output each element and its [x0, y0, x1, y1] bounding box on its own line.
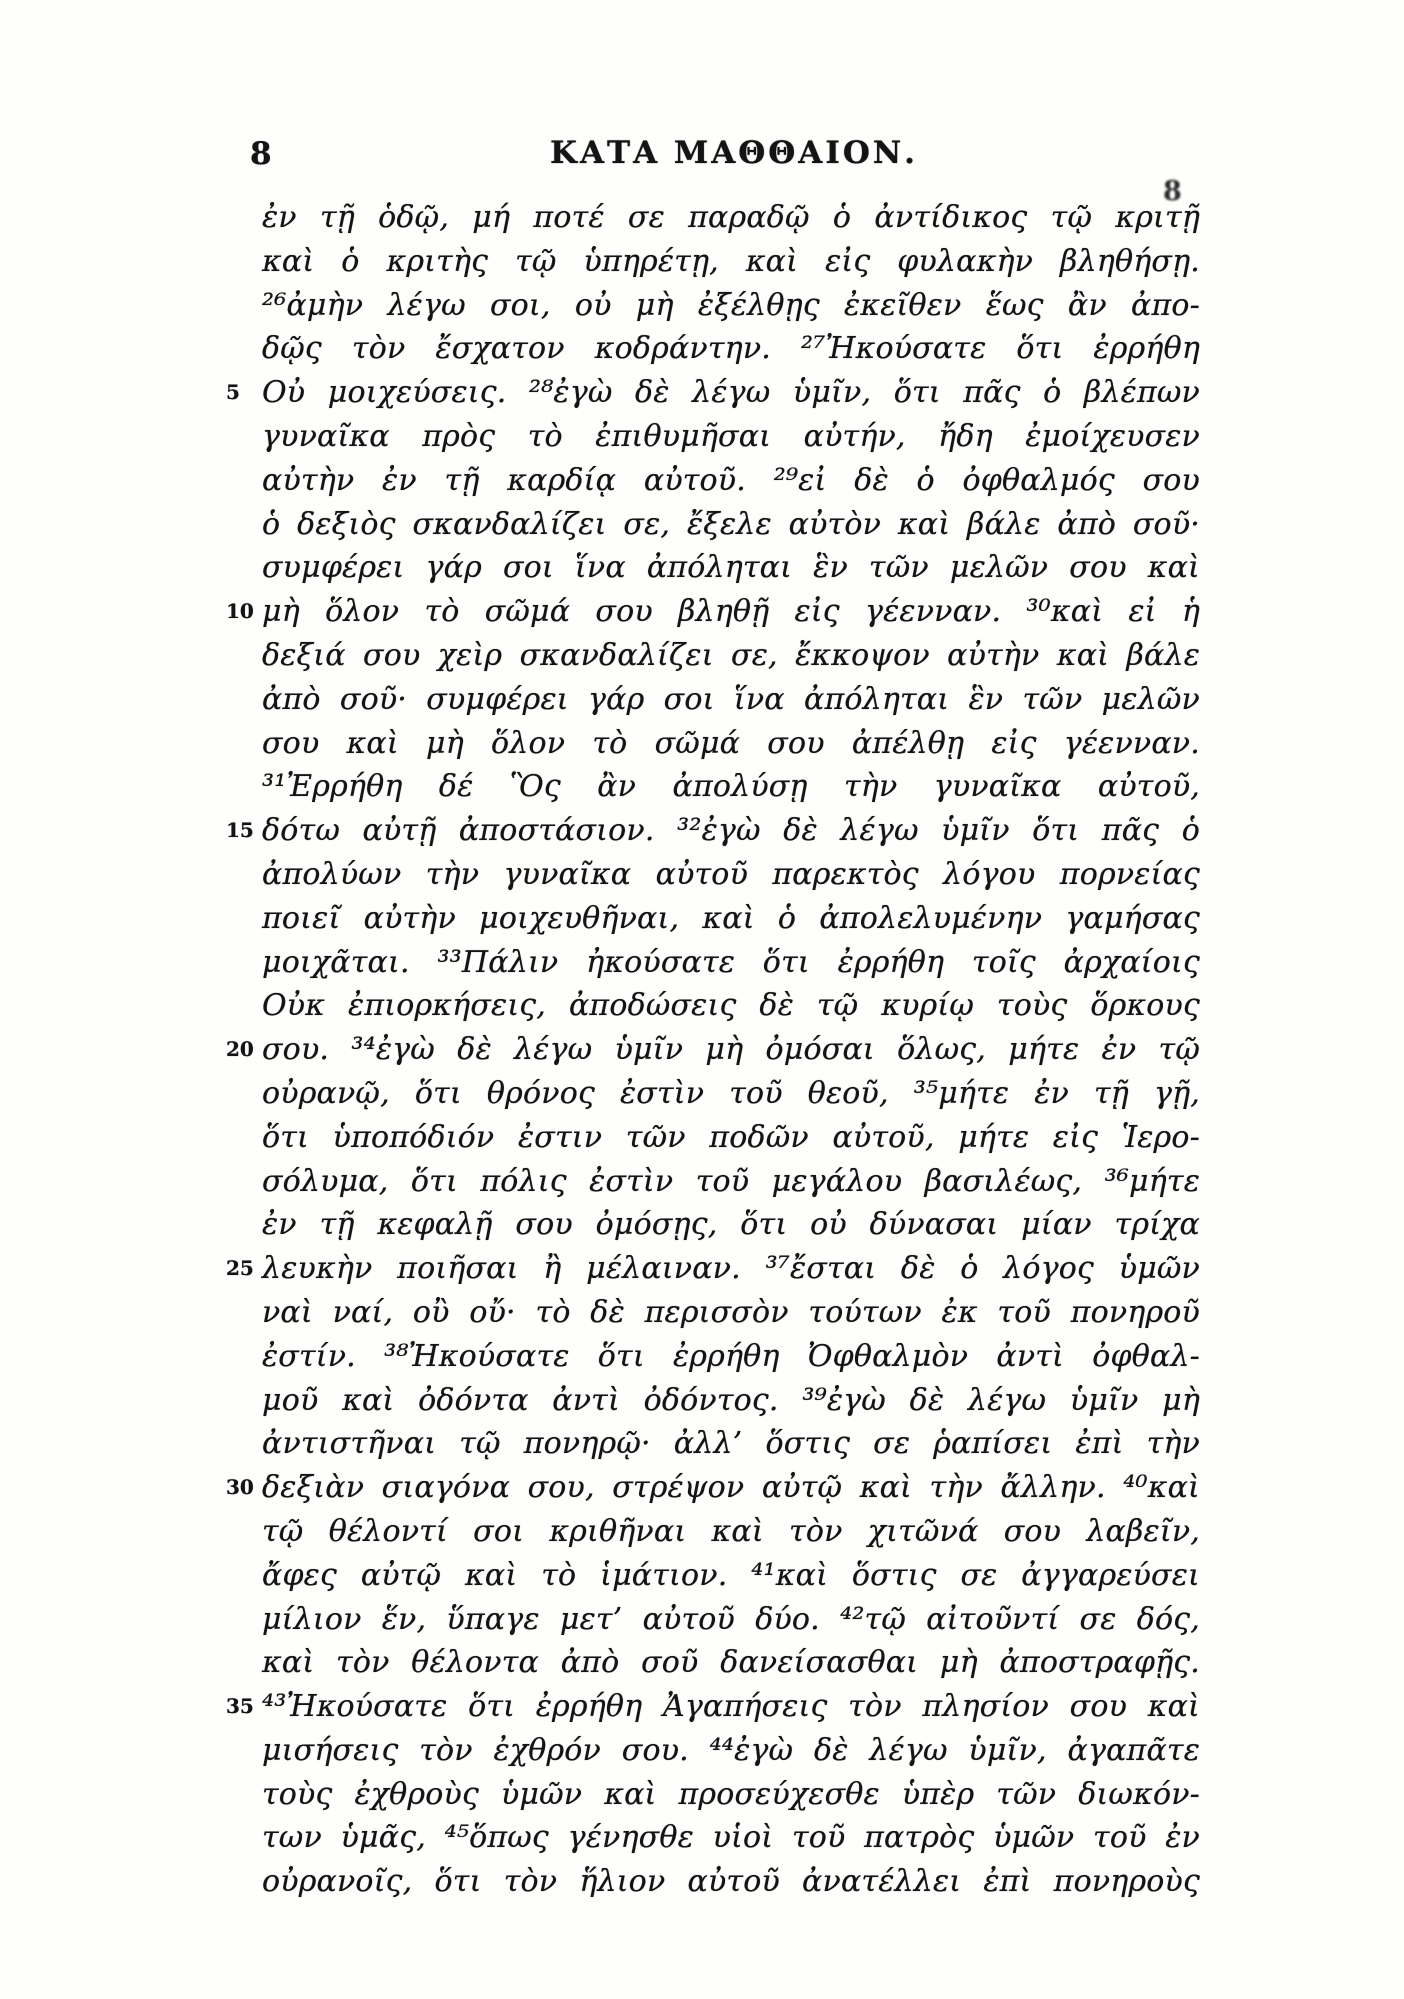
text-line: 35 ⁴³Ἠκούσατε ὅτι ἐρρήθη Ἀγαπήσεις τὸν π…: [262, 1685, 1200, 1729]
line-text: Οὐ μοιχεύσεις. ²⁸ἐγὼ δὲ λέγω ὑμῖν, ὅτι π…: [262, 371, 1200, 415]
text-line: γυναῖκα πρὸς τὸ ἐπιθυμῆσαι αὐτήν, ἤδη ἐμ…: [262, 415, 1200, 459]
text-line: οὐρανῷ, ὅτι θρόνος ἐστὶν τοῦ θεοῦ, ³⁵μήτ…: [262, 1072, 1200, 1116]
text-line: μοιχᾶται. ³³Πάλιν ἠκούσατε ὅτι ἐρρήθη το…: [262, 941, 1200, 985]
text-line: ναὶ ναί, οὒ οὔ· τὸ δὲ περισσὸν τούτων ἐκ…: [262, 1291, 1200, 1335]
text-line: των ὑμᾶς, ⁴⁵ὅπως γένησθε υἱοὶ τοῦ πατρὸς…: [262, 1816, 1200, 1860]
text-line: 25 λευκὴν ποιῆσαι ἢ μέλαιναν. ³⁷ἔσται δὲ…: [262, 1247, 1200, 1291]
text-line: 20 σου. ³⁴ἐγὼ δὲ λέγω ὑμῖν μὴ ὀμόσαι ὅλω…: [262, 1028, 1200, 1072]
text-line: ἐν τῇ κεφαλῇ σου ὀμόσῃς, ὅτι οὐ δύνασαι …: [262, 1203, 1200, 1247]
line-text: μοῦ καὶ ὀδόντα ἀντὶ ὀδόντος. ³⁹ἐγὼ δὲ λέ…: [262, 1379, 1200, 1423]
page-title: ΚΑΤΑ ΜΑΘΘΑΙΟΝ.: [550, 135, 918, 171]
line-text: ὅτι ὑποπόδιόν ἐστιν τῶν ποδῶν αὐτοῦ, μήτ…: [262, 1116, 1200, 1160]
text-line: συμφέρει γάρ σοι ἵνα ἀπόληται ἓν τῶν μελ…: [262, 546, 1200, 590]
margin-line-number: 35: [226, 1694, 254, 1718]
text-line: 10 μὴ ὅλον τὸ σῶμά σου βληθῇ εἰς γέενναν…: [262, 590, 1200, 634]
line-text: ἀπολύων τὴν γυναῖκα αὐτοῦ παρεκτὸς λόγου…: [262, 853, 1200, 897]
margin-line-number: 15: [226, 818, 254, 842]
line-text: ἐστίν. ³⁸Ἠκούσατε ὅτι ἐρρήθη Ὀφθαλμὸν ἀν…: [262, 1335, 1200, 1379]
line-text: αὐτὴν ἐν τῇ καρδίᾳ αὐτοῦ. ²⁹εἰ δὲ ὁ ὀφθα…: [262, 459, 1200, 503]
text-line: ὅτι ὑποπόδιόν ἐστιν τῶν ποδῶν αὐτοῦ, μήτ…: [262, 1116, 1200, 1160]
line-text: ⁴³Ἠκούσατε ὅτι ἐρρήθη Ἀγαπήσεις τὸν πλησ…: [262, 1685, 1200, 1729]
line-text: ²⁶ἀμὴν λέγω σοι, οὐ μὴ ἐξέλθῃς ἐκεῖθεν ἕ…: [262, 284, 1200, 328]
line-text: δῷς τὸν ἔσχατον κοδράντην. ²⁷Ἠκούσατε ὅτ…: [262, 327, 1200, 371]
text-line: καὶ τὸν θέλοντα ἀπὸ σοῦ δανείσασθαι μὴ ἀ…: [262, 1641, 1200, 1685]
line-text: οὐρανοῖς, ὅτι τὸν ἥλιον αὐτοῦ ἀνατέλλει …: [262, 1860, 1200, 1904]
margin-line-number: 25: [226, 1256, 254, 1280]
line-text: λευκὴν ποιῆσαι ἢ μέλαιναν. ³⁷ἔσται δὲ ὁ …: [262, 1247, 1200, 1291]
text-line: σου καὶ μὴ ὅλον τὸ σῶμά σου ἀπέλθῃ εἰς γ…: [262, 722, 1200, 766]
line-text: οὐρανῷ, ὅτι θρόνος ἐστὶν τοῦ θεοῦ, ³⁵μήτ…: [262, 1072, 1200, 1116]
line-text: ἐν τῇ κεφαλῇ σου ὀμόσῃς, ὅτι οὐ δύνασαι …: [262, 1203, 1200, 1247]
margin-line-number: 20: [226, 1037, 254, 1061]
line-text: μὴ ὅλον τὸ σῶμά σου βληθῇ εἰς γέενναν. ³…: [262, 590, 1200, 634]
text-line: τοὺς ἐχθροὺς ὑμῶν καὶ προσεύχεσθε ὑπὲρ τ…: [262, 1773, 1200, 1817]
line-text: σου. ³⁴ἐγὼ δὲ λέγω ὑμῖν μὴ ὀμόσαι ὅλως, …: [262, 1028, 1200, 1072]
text-line: 15 δότω αὐτῇ ἀποστάσιον. ³²ἐγὼ δὲ λέγω ὑ…: [262, 809, 1200, 853]
text-line: ²⁶ἀμὴν λέγω σοι, οὐ μὴ ἐξέλθῃς ἐκεῖθεν ἕ…: [262, 284, 1200, 328]
text-line: ἐν τῇ ὁδῷ, μή ποτέ σε παραδῷ ὁ ἀντίδικος…: [262, 196, 1200, 240]
text-line: ἀντιστῆναι τῷ πονηρῷ· ἀλλ’ ὅστις σε ῥαπί…: [262, 1422, 1200, 1466]
text-line: τῷ θέλοντί σοι κριθῆναι καὶ τὸν χιτῶνά σ…: [262, 1510, 1200, 1554]
text-line: αὐτὴν ἐν τῇ καρδίᾳ αὐτοῦ. ²⁹εἰ δὲ ὁ ὀφθα…: [262, 459, 1200, 503]
text-line: καὶ ὁ κριτὴς τῷ ὑπηρέτῃ, καὶ εἰς φυλακὴν…: [262, 240, 1200, 284]
line-text: ἀντιστῆναι τῷ πονηρῷ· ἀλλ’ ὅστις σε ῥαπί…: [262, 1422, 1200, 1466]
page-number: 8: [250, 136, 272, 172]
line-text: ἄφες αὐτῷ καὶ τὸ ἱμάτιον. ⁴¹καὶ ὅστις σε…: [262, 1554, 1200, 1598]
line-text: μισήσεις τὸν ἐχθρόν σου. ⁴⁴ἐγὼ δὲ λέγω ὑ…: [262, 1729, 1200, 1773]
text-line: ποιεῖ αὐτὴν μοιχευθῆναι, καὶ ὁ ἀπολελυμέ…: [262, 897, 1200, 941]
book-page: 8 ΚΑΤΑ ΜΑΘΘΑΙΟΝ. 8 ἐν τῇ ὁδῷ, μή ποτέ σε…: [0, 0, 1404, 1999]
text-line: δεξιά σου χεὶρ σκανδαλίζει σε, ἔκκοψον α…: [262, 634, 1200, 678]
text-line: ἄφες αὐτῷ καὶ τὸ ἱμάτιον. ⁴¹καὶ ὅστις σε…: [262, 1554, 1200, 1598]
line-text: Οὐκ ἐπιορκήσεις, ἀποδώσεις δὲ τῷ κυρίῳ τ…: [262, 984, 1200, 1028]
text-line: 30 δεξιὰν σιαγόνα σου, στρέψον αὐτῷ καὶ …: [262, 1466, 1200, 1510]
margin-line-number: 10: [226, 599, 254, 623]
line-text: δεξιά σου χεὶρ σκανδαλίζει σε, ἔκκοψον α…: [262, 634, 1200, 678]
line-text: ὁ δεξιὸς σκανδαλίζει σε, ἔξελε αὐτὸν καὶ…: [262, 503, 1200, 547]
line-text: ποιεῖ αὐτὴν μοιχευθῆναι, καὶ ὁ ἀπολελυμέ…: [262, 897, 1200, 941]
text-line: Οὐκ ἐπιορκήσεις, ἀποδώσεις δὲ τῷ κυρίῳ τ…: [262, 984, 1200, 1028]
line-text: δότω αὐτῇ ἀποστάσιον. ³²ἐγὼ δὲ λέγω ὑμῖν…: [262, 809, 1200, 853]
line-text: καὶ ὁ κριτὴς τῷ ὑπηρέτῃ, καὶ εἰς φυλακὴν…: [262, 240, 1200, 284]
line-text: μοιχᾶται. ³³Πάλιν ἠκούσατε ὅτι ἐρρήθη το…: [262, 941, 1200, 985]
line-text: ³¹Ἐρρήθη δέ Ὃς ἂν ἀπολύσῃ τὴν γυναῖκα αὐ…: [262, 765, 1200, 809]
line-text: σόλυμα, ὅτι πόλις ἐστὶν τοῦ μεγάλου βασι…: [262, 1160, 1200, 1204]
text-line: ἀπολύων τὴν γυναῖκα αὐτοῦ παρεκτὸς λόγου…: [262, 853, 1200, 897]
text-line: μίλιον ἕν, ὕπαγε μετ’ αὐτοῦ δύο. ⁴²τῷ αἰ…: [262, 1598, 1200, 1642]
line-text: δεξιὰν σιαγόνα σου, στρέψον αὐτῷ καὶ τὴν…: [262, 1466, 1200, 1510]
text-line: οὐρανοῖς, ὅτι τὸν ἥλιον αὐτοῦ ἀνατέλλει …: [262, 1860, 1200, 1904]
text-line: ἐστίν. ³⁸Ἠκούσατε ὅτι ἐρρήθη Ὀφθαλμὸν ἀν…: [262, 1335, 1200, 1379]
text-line: δῷς τὸν ἔσχατον κοδράντην. ²⁷Ἠκούσατε ὅτ…: [262, 327, 1200, 371]
line-text: των ὑμᾶς, ⁴⁵ὅπως γένησθε υἱοὶ τοῦ πατρὸς…: [262, 1816, 1200, 1860]
line-text: ἐν τῇ ὁδῷ, μή ποτέ σε παραδῷ ὁ ἀντίδικος…: [262, 196, 1200, 240]
margin-line-number: 30: [226, 1475, 254, 1499]
text-line: 5 Οὐ μοιχεύσεις. ²⁸ἐγὼ δὲ λέγω ὑμῖν, ὅτι…: [262, 371, 1200, 415]
line-text: σου καὶ μὴ ὅλον τὸ σῶμά σου ἀπέλθῃ εἰς γ…: [262, 722, 1200, 766]
margin-line-number: 5: [226, 380, 240, 404]
line-text: ἀπὸ σοῦ· συμφέρει γάρ σοι ἵνα ἀπόληται ἓ…: [262, 678, 1200, 722]
text-line: ³¹Ἐρρήθη δέ Ὃς ἂν ἀπολύσῃ τὴν γυναῖκα αὐ…: [262, 765, 1200, 809]
text-line: μισήσεις τὸν ἐχθρόν σου. ⁴⁴ἐγὼ δὲ λέγω ὑ…: [262, 1729, 1200, 1773]
line-text: καὶ τὸν θέλοντα ἀπὸ σοῦ δανείσασθαι μὴ ἀ…: [262, 1641, 1200, 1685]
line-text: συμφέρει γάρ σοι ἵνα ἀπόληται ἓν τῶν μελ…: [262, 546, 1200, 590]
scripture-text-block: ἐν τῇ ὁδῷ, μή ποτέ σε παραδῷ ὁ ἀντίδικος…: [262, 196, 1200, 1904]
text-line: ὁ δεξιὸς σκανδαλίζει σε, ἔξελε αὐτὸν καὶ…: [262, 503, 1200, 547]
text-line: σόλυμα, ὅτι πόλις ἐστὶν τοῦ μεγάλου βασι…: [262, 1160, 1200, 1204]
text-line: ἀπὸ σοῦ· συμφέρει γάρ σοι ἵνα ἀπόληται ἓ…: [262, 678, 1200, 722]
text-line: μοῦ καὶ ὀδόντα ἀντὶ ὀδόντος. ³⁹ἐγὼ δὲ λέ…: [262, 1379, 1200, 1423]
line-text: τῷ θέλοντί σοι κριθῆναι καὶ τὸν χιτῶνά σ…: [262, 1510, 1200, 1554]
line-text: ναὶ ναί, οὒ οὔ· τὸ δὲ περισσὸν τούτων ἐκ…: [262, 1291, 1200, 1335]
line-text: μίλιον ἕν, ὕπαγε μετ’ αὐτοῦ δύο. ⁴²τῷ αἰ…: [262, 1598, 1200, 1642]
line-text: γυναῖκα πρὸς τὸ ἐπιθυμῆσαι αὐτήν, ἤδη ἐμ…: [262, 415, 1200, 459]
line-text: τοὺς ἐχθροὺς ὑμῶν καὶ προσεύχεσθε ὑπὲρ τ…: [262, 1773, 1200, 1817]
